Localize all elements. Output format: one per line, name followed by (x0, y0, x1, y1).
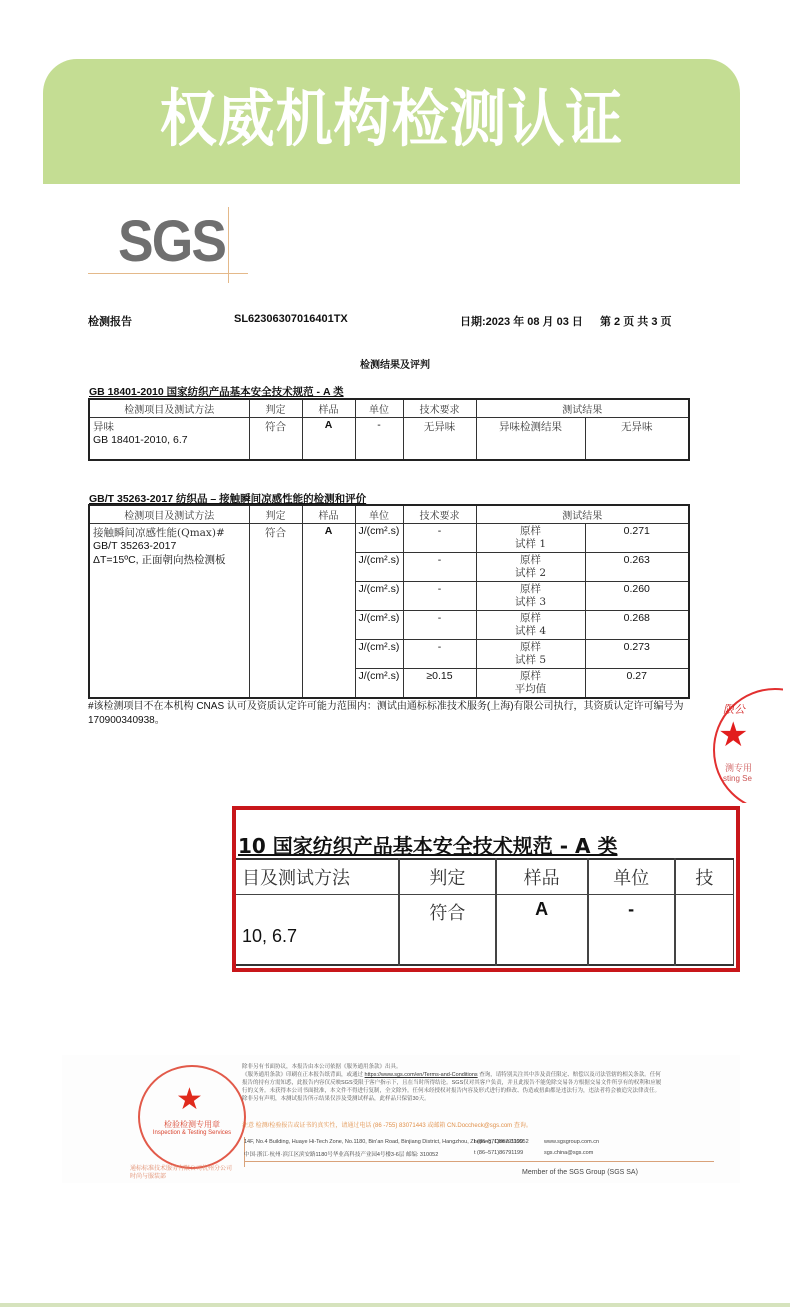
banner-title: 权威机构检测认证 (71, 79, 712, 159)
header-cell: 单位 (588, 859, 675, 895)
unit-cell: J/(cm².s) (355, 611, 403, 640)
star-icon: ★ (176, 1085, 203, 1115)
sample-label: 原样 (480, 525, 582, 538)
requirement-cell: - (403, 582, 476, 611)
header-cell: 单位 (355, 399, 403, 418)
header-cell: 检测项目及测试方法 (89, 505, 249, 524)
stamp-caption: 通标标准技术服务有限公司杭州分公司 时尚与服装部 (130, 1165, 232, 1181)
title-banner: 权威机构检测认证 (43, 59, 740, 184)
header-cell: 测试结果 (476, 505, 689, 524)
inset-table: 目及测试方法 判定 样品 单位 技 10, 6.7 符合 A - (234, 858, 734, 966)
sgs-logo-text: SGS (118, 209, 225, 275)
inset-title: 10 国家纺织产品基本安全技术规范 - A 类 (238, 830, 617, 859)
sample-cell: A (302, 418, 355, 460)
sample-label-cell: 原样试样 5 (476, 640, 585, 669)
result-label-cell: 异味检测结果 (476, 418, 585, 460)
item-name: 异味 (93, 419, 246, 434)
section1-title: GB 18401-2010 国家纺织产品基本安全技术规范 - A 类 (89, 384, 344, 399)
item-line: GB/T 35263-2017 (93, 540, 246, 552)
result-value-cell: 0.271 (585, 524, 689, 553)
sample-label-cell: 原样试样 4 (476, 611, 585, 640)
report-label: 检测报告 (88, 313, 132, 329)
member-text: Member of the SGS Group (SGS SA) (522, 1169, 638, 1176)
header-cell: 技术要求 (403, 399, 476, 418)
header-cell: 检测项目及测试方法 (89, 399, 249, 418)
unit-cell: J/(cm².s) (355, 524, 403, 553)
method-cell: 10, 6.7 (234, 895, 399, 965)
header-cell: 技术要求 (403, 505, 476, 524)
header-cell: 判定 (399, 859, 496, 895)
sample-label: 原样 (480, 612, 582, 625)
verdict-cell: 符合 (399, 895, 496, 965)
requirement-cell: ≥0.15 (403, 669, 476, 699)
logo-divider-horizontal (88, 273, 248, 274)
official-stamp: ★ 检验检测专用章 Inspection & Testing Services (138, 1065, 246, 1169)
authenticity-note: 注意 检测/检验报告或证书的真实性，请通过电话 (86 -755) 830714… (242, 1120, 532, 1129)
requirement-cell: - (403, 611, 476, 640)
verdict-cell: 符合 (249, 418, 302, 460)
item-line: ΔT=15ºC, 正面朝向热检测板 (93, 552, 246, 567)
sample-label-cell: 原样平均值 (476, 669, 585, 699)
website: www.sgsgroup.com.cn (544, 1139, 599, 1145)
sample-cell: A (496, 895, 588, 965)
requirement-cell: 无异味 (403, 418, 476, 460)
section2-table: 检测项目及测试方法 判定 样品 单位 技术要求 测试结果 接触瞬间凉感性能(Qm… (88, 504, 690, 699)
header-cell: 样品 (496, 859, 588, 895)
sgs-logo: SGS (88, 207, 248, 277)
address-cn: 中国·浙江·杭州·滨江区滨安路1180号华业高科技产业园4号楼3-6层 邮编: … (244, 1150, 438, 1158)
header-cell: 技 (675, 859, 734, 895)
legal-text: 除非另有书面协议，本报告由本公司依据《服务通用条款》出具。 《服务通用条款》印刷… (242, 1063, 662, 1103)
item-cell: 异味 GB 18401-2010, 6.7 (89, 418, 249, 460)
result-value-cell: 0.273 (585, 640, 689, 669)
verdict-cell: 符合 (249, 524, 302, 699)
footer-divider (244, 1161, 714, 1162)
email: sgs.china@sgs.com (544, 1150, 593, 1156)
unit-cell: J/(cm².s) (355, 582, 403, 611)
report-number: SL62306307016401TX (234, 313, 348, 325)
partial-stamp: 限公 ★ 测专用 sting Se (713, 688, 783, 803)
sample-label-cell: 原样试样 3 (476, 582, 585, 611)
result-value-cell: 无异味 (585, 418, 689, 460)
section2-body: 接触瞬间凉感性能(Qmax)#GB/T 35263-2017ΔT=15ºC, 正… (89, 524, 689, 699)
sample-label-cell: 原样试样 2 (476, 553, 585, 582)
legal-line: 除非另有书面协议，本报告由本公司依据《服务通用条款》出具。 (242, 1063, 662, 1071)
stamp-caption-line: 时尚与服装部 (130, 1173, 232, 1181)
requirement-cell: - (403, 640, 476, 669)
table-header-row: 目及测试方法 判定 样品 单位 技 (234, 859, 734, 895)
telephone: t (86–571)86791199 (474, 1150, 523, 1156)
zoom-inset: 10 国家纺织产品基本安全技术规范 - A 类 目及测试方法 判定 样品 单位 … (232, 806, 740, 972)
table-header-row: 检测项目及测试方法 判定 样品 单位 技术要求 测试结果 (89, 505, 689, 524)
sample-label: 原样 (480, 641, 582, 654)
sample-label: 原样 (480, 670, 582, 683)
result-value-cell: 0.263 (585, 553, 689, 582)
stamp-text: sting Se (723, 774, 752, 783)
sample-label: 原样 (480, 583, 582, 596)
unit-cell: - (588, 895, 675, 965)
stamp-caption-line: 通标标准技术服务有限公司杭州分公司 (130, 1165, 232, 1173)
requirement-cell (675, 895, 734, 965)
report-footer: ★ 检验检测专用章 Inspection & Testing Services … (62, 1055, 740, 1183)
table-row: 异味 GB 18401-2010, 6.7 符合 A - 无异味 异味检测结果 … (89, 418, 689, 460)
terms-link[interactable]: https://www.sgs.com/en/Terms-and-Conditi… (365, 1072, 478, 1078)
report-page: 第 2 页 共 3 页 (600, 313, 672, 329)
footnote: #该检测项目不在本机构 CNAS 认可及资质认定许可能力范围内：测试由通标标准技… (88, 700, 698, 728)
header-cell: 判定 (249, 399, 302, 418)
legal-paragraph: 《服务通用条款》印刷在正本报告纸背面，或通过 https://www.sgs.c… (242, 1071, 662, 1103)
star-icon: ★ (718, 718, 748, 752)
header-cell: 样品 (302, 505, 355, 524)
bottom-bar (0, 1303, 790, 1307)
sample-cell: A (302, 524, 355, 699)
sample-id: 试样 5 (480, 654, 582, 667)
result-value-cell: 0.27 (585, 669, 689, 699)
logo-divider-vertical (228, 207, 229, 283)
item-method: GB 18401-2010, 6.7 (93, 434, 246, 446)
stamp-en: Inspection & Testing Services (140, 1130, 244, 1136)
sample-id: 试样 4 (480, 625, 582, 638)
telephone: t (86–571)86791199 (474, 1139, 523, 1145)
header-cell: 样品 (302, 399, 355, 418)
table-header-row: 检测项目及测试方法 判定 样品 单位 技术要求 测试结果 (89, 399, 689, 418)
header-cell: 判定 (249, 505, 302, 524)
header-cell: 单位 (355, 505, 403, 524)
sample-id: 平均值 (480, 683, 582, 696)
sample-label-cell: 原样试样 1 (476, 524, 585, 553)
report-date: 日期:2023 年 08 月 03 日 (460, 313, 583, 329)
table-row: 10, 6.7 符合 A - (234, 895, 734, 965)
unit-cell: J/(cm².s) (355, 553, 403, 582)
result-value-cell: 0.268 (585, 611, 689, 640)
unit-cell: - (355, 418, 403, 460)
table-row: 接触瞬间凉感性能(Qmax)#GB/T 35263-2017ΔT=15ºC, 正… (89, 524, 689, 553)
requirement-cell: - (403, 553, 476, 582)
section1-table: 检测项目及测试方法 判定 样品 单位 技术要求 测试结果 异味 GB 18401… (88, 398, 690, 461)
sample-label: 原样 (480, 554, 582, 567)
item-line: 接触瞬间凉感性能(Qmax)# (93, 525, 246, 540)
stamp-text: 测专用 (725, 761, 752, 774)
header-cell: 测试结果 (476, 399, 689, 418)
unit-cell: J/(cm².s) (355, 669, 403, 699)
unit-cell: J/(cm².s) (355, 640, 403, 669)
requirement-cell: - (403, 524, 476, 553)
sample-id: 试样 3 (480, 596, 582, 609)
sample-id: 试样 2 (480, 567, 582, 580)
item-cell: 接触瞬间凉感性能(Qmax)#GB/T 35263-2017ΔT=15ºC, 正… (89, 524, 249, 699)
results-title: 检测结果及评判 (0, 356, 790, 371)
sample-id: 试样 1 (480, 538, 582, 551)
result-value-cell: 0.260 (585, 582, 689, 611)
header-cell: 目及测试方法 (234, 859, 399, 895)
stamp-cn: 检验检测专用章 (140, 1119, 244, 1130)
stamp-text: 限公 (723, 701, 745, 717)
